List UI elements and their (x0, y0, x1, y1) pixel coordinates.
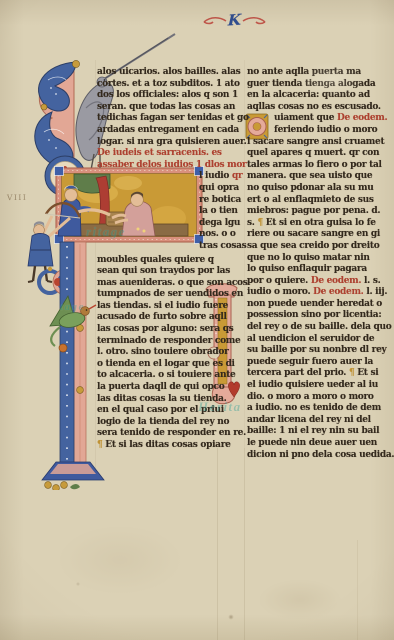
line-segments: re botica (199, 195, 241, 205)
text-segment: possession sino por licentia: (247, 310, 381, 320)
line-segments: non puede uender heredat o (247, 299, 382, 309)
manuscript-line: acusado de furto sobre aqll (97, 312, 243, 324)
watermark-fragment: Herita (198, 399, 242, 415)
line-segments: iudio o moro. De eodem. l. iij. (247, 287, 387, 297)
manuscript-line: tercera part del prio. ¶ Et si (247, 368, 390, 380)
line-segments: moubles quales quiere q (97, 255, 214, 265)
line-segments: le puede nin deue auer uen (247, 438, 377, 448)
line-segments: sean qui son traydos por las (97, 266, 230, 276)
text-segment: en la alcaceria: quanto ad (247, 90, 370, 100)
text-segment: Et si las ditas cosas opiare (105, 440, 230, 450)
text-segment: le puede nin deue auer uen (247, 438, 377, 448)
text-segment: logio de la tienda del rey no (97, 417, 229, 427)
text-segment: non puede uender heredat o (247, 299, 382, 309)
watermark-fragment: ritage (86, 224, 126, 240)
manuscript-line: del rey o de su baille. dela quo (247, 322, 390, 334)
line-segments: ert o al enflaqmieto de sus (247, 195, 374, 205)
line-segments: aqllas cosas no es escusado. (247, 102, 381, 112)
text-segment: qr (232, 171, 242, 181)
line-segments: cortes. et a toz subditos. 1 ato (97, 79, 240, 89)
line-segments: mas auenideras. o que son acos (97, 278, 248, 288)
text-segment: tercera part del prio. (247, 368, 349, 378)
text-segment: terminado de responder come (97, 336, 240, 346)
text-segment: al uendicion el seruidor de (247, 334, 374, 344)
line-segments: la puerta daqll de qui opco (97, 382, 224, 392)
manuscript-line: dicion ni pno dela cosa uedida. (247, 450, 390, 462)
left-bottom-block: moubles quales quiere q sean qui son tra… (97, 255, 243, 452)
manuscript-line: baille: 1 ni el rey nin su bail (247, 426, 390, 438)
manuscript-line: nos. o o (199, 229, 243, 241)
text-segment: a iudio. no es tenido de dem (247, 403, 381, 413)
text-segment: Et si en otra guisa lo fe (263, 218, 376, 228)
line-segments: que no lo quiso matar nin (247, 253, 370, 263)
text-segment: nos. o o (199, 229, 236, 239)
text-segment: sa que sea creido por dreito (247, 241, 379, 251)
text-segment: miebros: pague por pena. d. (247, 206, 380, 216)
manuscript-line: De iudeis et sarracenis. es (97, 148, 243, 160)
manuscript-line: quel apares q muert. qr con (247, 148, 390, 160)
text-segment: logar. si nra gra quisieren auer. (97, 137, 246, 147)
manuscript-line: ert o al enflaqmieto de sus (247, 195, 390, 207)
manuscript-line: qui opra (199, 183, 243, 195)
text-segment: moubles quales quiere q (97, 255, 214, 265)
line-segments: dega lgu (199, 218, 240, 228)
manuscript-line: al uendicion el seruidor de (247, 334, 390, 346)
text-segment: que no lo quiso matar nin (247, 253, 370, 263)
text-segment: dio. o moro a moro o moro (247, 392, 374, 402)
manuscript-line: moubles quales quiere q (97, 255, 243, 267)
manuscript-line: tras cosas (199, 241, 243, 253)
line-segments: acusado de furto sobre aqll (97, 312, 227, 322)
text-segment: andar licena del rey ni del (247, 415, 371, 425)
text-segment: s. (247, 218, 257, 228)
manuscript-line: non puede uender heredat o (247, 299, 390, 311)
pen-flourish-right-icon (242, 13, 266, 27)
text-segment: la o tien (199, 206, 238, 216)
line-segments: puede seguir fuero auer la (247, 357, 373, 367)
manuscript-line: possession sino por licentia: (247, 310, 390, 322)
manuscript-line: tedichas fagan ser tenidas et go (97, 113, 243, 125)
manuscript-line: manera. que sea uisto que (247, 171, 390, 183)
line-segments: sa que sea creido por dreito (247, 241, 379, 251)
text-segment: no quiso pdonar ala su mu (247, 183, 374, 193)
text-segment: assaber delos iudios 1 dlos mor (97, 160, 247, 170)
text-segment: l. iij. (366, 287, 387, 297)
line-segments: dos los officiales: alos q son 1 (97, 90, 238, 100)
line-segments: uiament que De eodem. (274, 113, 387, 123)
text-segment: manera. que sea uisto que (247, 171, 372, 181)
line-segments: las tiendas. si el iudio fuere (97, 301, 228, 311)
manuscript-line: miebros: pague por pena. d. (247, 206, 390, 218)
line-segments: a iudio. no es tenido de dem (247, 403, 381, 413)
manuscript-line: l iudio qr (199, 171, 243, 183)
text-segment: l. otro. sino touiere obrador (97, 347, 229, 357)
line-segments: tumpnados de ser uendidos en (97, 289, 243, 299)
text-segment: aqllas cosas no es escusado. (247, 102, 381, 112)
text-segment: la puerta daqll de qui opco (97, 382, 224, 392)
line-segments: el iudio quisiere ueder al iu (247, 380, 378, 390)
line-segments: logar. si nra gra quisieren auer. (97, 137, 246, 147)
manuscript-line: iudio o moro. De eodem. l. iij. (247, 287, 390, 299)
line-segments: terminado de responder come (97, 336, 240, 346)
text-segment: puede seguir fuero auer la (247, 357, 373, 367)
line-segments: manera. que sea uisto que (247, 171, 372, 181)
text-segment: las cosas por alguno: sera qs (97, 324, 233, 334)
line-segments: miebros: pague por pena. d. (247, 206, 380, 216)
line-segments: al uendicion el seruidor de (247, 334, 374, 344)
manuscript-line: mas auenideras. o que son acos (97, 278, 243, 290)
manuscript-line: sa que sea creido por dreito (247, 241, 390, 253)
text-segment: por o quiere. (247, 276, 311, 286)
line-segments: feriendo iudio o moro (274, 125, 377, 135)
line-segments: la o tien (199, 206, 238, 216)
line-segments: possession sino por licentia: (247, 310, 381, 320)
text-segment: ert o al enflaqmieto de sus (247, 195, 374, 205)
descender-bar (42, 242, 104, 490)
manuscript-page: K VIII (0, 0, 394, 640)
left-text-column: alos uicarios. alos bailles. alas cortes… (97, 67, 243, 452)
line-segments: s. ¶ Et si en otra guisa lo fe (247, 218, 376, 228)
line-segments: dicion ni pno dela cosa uedida. (247, 450, 394, 460)
text-segment: l iudio (199, 171, 232, 181)
manuscript-line: la puerta daqll de qui opco (97, 382, 243, 394)
manuscript-line: tales armas lo fiero o por tal (247, 160, 390, 172)
manuscript-line: dega lgu (199, 218, 243, 230)
text-segment: De iudeis et sarracenis. es (97, 148, 222, 158)
manuscript-line: sean qui son traydos por las (97, 266, 243, 278)
text-segment: cortes. et a toz subditos. 1 ato (97, 79, 240, 89)
line-segments: logio de la tienda del rey no (97, 417, 229, 427)
line-segments: alos uicarios. alos bailles. alas (97, 67, 240, 77)
text-segment: las tiendas. si el iudio fuere (97, 301, 228, 311)
manuscript-line: no ante aqlla puerta ma (247, 67, 390, 79)
text-segment: dicion ni pno dela cosa uedida. (247, 450, 394, 460)
manuscript-line: riere ou sacare sangre en gi (247, 229, 390, 241)
manuscript-line: s. ¶ Et si en otra guisa lo fe (247, 218, 390, 230)
manuscript-line: logio de la tienda del rey no (97, 417, 243, 429)
letter-bowl (35, 60, 80, 172)
text-segment: del rey o de su baille. dela quo (247, 322, 391, 332)
line-segments: baille: 1 ni el rey nin su bail (247, 426, 379, 436)
line-segments: l. otro. sino touiere obrador (97, 347, 229, 357)
manuscript-line: puede seguir fuero auer la (247, 357, 390, 369)
line-segments: su baille por su nonbre dl rey (247, 345, 386, 355)
line-segments: dio. o moro a moro o moro (247, 392, 374, 402)
line-segments: l sacare sangre ansi cruamet (247, 137, 384, 147)
text-segment: mas auenideras. o que son acos (97, 278, 248, 288)
line-segments: no quiso pdonar ala su mu (247, 183, 374, 193)
manuscript-line: le puede nin deue auer uen (247, 438, 390, 450)
text-segment: el iudio quisiere ueder al iu (247, 380, 378, 390)
line-segments: De iudeis et sarracenis. es (97, 148, 222, 158)
line-segments: ¶ Et si las ditas cosas opiare (97, 440, 231, 450)
line-segments: andar licena del rey ni del (247, 415, 371, 425)
line-segments: no ante aqlla puerta ma (247, 67, 361, 77)
manuscript-line: ardadas entregament en cada (97, 125, 243, 137)
manuscript-line: o tienda en el logar que es di (97, 359, 243, 371)
text-segment: iudio o moro. (247, 287, 313, 297)
manuscript-line: dio. o moro a moro o moro (247, 392, 390, 404)
text-segment: no ante aqlla puerta ma (247, 67, 361, 77)
line-segments: tras cosas (199, 241, 246, 251)
line-segments: las cosas por alguno: sera qs (97, 324, 233, 334)
manuscript-line: que no lo quiso matar nin (247, 253, 390, 265)
text-segment: Et si (354, 368, 378, 378)
right-text-column: no ante aqlla puerta ma guer tienda tien… (247, 67, 390, 461)
manuscript-line: a iudio. no es tenido de dem (247, 403, 390, 415)
manuscript-line: dos los officiales: alos q son 1 (97, 90, 243, 102)
line-segments: ardadas entregament en cada (97, 125, 239, 135)
line-segments: en la alcaceria: quanto ad (247, 90, 370, 100)
text-segment: sera tenido de responder en re. (97, 428, 246, 438)
manuscript-line: las tiendas. si el iudio fuere (97, 301, 243, 313)
text-segment: su baille por su nonbre dl rey (247, 345, 386, 355)
manuscript-line: logar. si nra gra quisieren auer. (97, 137, 243, 149)
manuscript-line: feriendo iudio o moro (247, 125, 390, 137)
line-segments: to alcaceria. o si touiere ante (97, 370, 235, 380)
left-top-block: alos uicarios. alos bailles. alas cortes… (97, 67, 243, 171)
folio-letter: K (228, 11, 242, 30)
text-segment: l sacare sangre ansi cruamet (247, 137, 384, 147)
manuscript-line: aqllas cosas no es escusado. (247, 102, 390, 114)
line-segments: lo quiso enflaquir pagara (247, 264, 367, 274)
manuscript-line: alos uicarios. alos bailles. alas (97, 67, 243, 79)
line-segments: tercera part del prio. ¶ Et si (247, 368, 378, 378)
text-segment: to alcaceria. o si touiere ante (97, 370, 235, 380)
manuscript-line: seran. que todas las cosas an (97, 102, 243, 114)
manuscript-line: por o quiere. De eodem. l. s. (247, 276, 390, 288)
text-segment: quel apares q muert. qr con (247, 148, 379, 158)
manuscript-line: assaber delos iudios 1 dlos mor (97, 160, 243, 172)
text-segment: uiament que (274, 113, 337, 123)
pen-flourish-left-icon (203, 13, 227, 27)
manuscript-line: sera tenido de responder en re. (97, 428, 243, 440)
manuscript-line: terminado de responder come (97, 336, 243, 348)
manuscript-line: andar licena del rey ni del (247, 415, 390, 427)
manuscript-line: re botica (199, 195, 243, 207)
manuscript-line: cortes. et a toz subditos. 1 ato (97, 79, 243, 91)
manuscript-line: las cosas por alguno: sera qs (97, 324, 243, 336)
line-segments: quel apares q muert. qr con (247, 148, 379, 158)
text-segment: tedichas fagan ser tenidas et go (97, 113, 249, 123)
manuscript-line: to alcaceria. o si touiere ante (97, 370, 243, 382)
text-segment: ardadas entregament en cada (97, 125, 239, 135)
line-segments: del rey o de su baille. dela quo (247, 322, 391, 332)
line-segments: nos. o o (199, 229, 236, 239)
manuscript-line: no quiso pdonar ala su mu (247, 183, 390, 195)
line-segments: seran. que todas las cosas an (97, 102, 235, 112)
folio-mark: K (203, 11, 266, 29)
text-segment: dos los officiales: alos q son 1 (97, 90, 238, 100)
line-segments: riere ou sacare sangre en gi (247, 229, 380, 239)
manuscript-line: la o tien (199, 206, 243, 218)
left-beside-miniature-block: l iudio qr qui opra re botica la o tien (199, 171, 243, 252)
text-segment: o tienda en el logar que es di (97, 359, 235, 369)
line-segments: por o quiere. De eodem. l. s. (247, 276, 380, 286)
crease-line (357, 540, 358, 640)
text-segment: l. s. (364, 276, 380, 286)
text-segment: qui opra (199, 183, 239, 193)
text-segment: feriendo iudio o moro (274, 125, 377, 135)
text-segment: tumpnados de ser uendidos en (97, 289, 243, 299)
line-segments: guer tienda tienga alogada (247, 79, 375, 89)
manuscript-line: l. otro. sino touiere obrador (97, 347, 243, 359)
manuscript-line: tumpnados de ser uendidos en (97, 289, 243, 301)
line-segments: o tienda en el logar que es di (97, 359, 235, 369)
watermark-fragment: tage (60, 301, 85, 313)
text-segment: dega lgu (199, 218, 240, 228)
line-segments: sera tenido de responder en re. (97, 428, 246, 438)
text-segment: De eodem. (337, 113, 387, 123)
text-segment: alos uicarios. alos bailles. alas (97, 67, 240, 77)
manuscript-line: su baille por su nonbre dl rey (247, 345, 390, 357)
manuscript-line: en la alcaceria: quanto ad (247, 90, 390, 102)
manuscript-line: ¶ Et si las ditas cosas opiare (97, 440, 243, 452)
text-segment: acusado de furto sobre aqll (97, 312, 227, 322)
line-segments: qui opra (199, 183, 239, 193)
text-segment: guer tienda tienga alogada (247, 79, 375, 89)
text-segment: tales armas lo fiero o por tal (247, 160, 382, 170)
margin-note: VIII (7, 193, 27, 202)
text-segment: re botica (199, 195, 241, 205)
manuscript-line: lo quiso enflaquir pagara (247, 264, 390, 276)
manuscript-line: uiament que De eodem. (247, 113, 390, 125)
text-segment: De eodem. (313, 287, 366, 297)
text-segment: sean qui son traydos por las (97, 266, 230, 276)
line-segments: tedichas fagan ser tenidas et go (97, 113, 249, 123)
manuscript-line: l sacare sangre ansi cruamet (247, 137, 390, 149)
text-segment: seran. que todas las cosas an (97, 102, 235, 112)
line-segments: l iudio qr (199, 171, 242, 181)
text-segment: tras cosas (199, 241, 246, 251)
line-segments: assaber delos iudios 1 dlos mor (97, 160, 247, 170)
manuscript-line: el iudio quisiere ueder al iu (247, 380, 390, 392)
text-segment: lo quiso enflaquir pagara (247, 264, 367, 274)
text-segment: riere ou sacare sangre en gi (247, 229, 380, 239)
line-segments: tales armas lo fiero o por tal (247, 160, 382, 170)
text-segment: De eodem. (311, 276, 364, 286)
text-segment: baille: 1 ni el rey nin su bail (247, 426, 379, 436)
manuscript-line: guer tienda tienga alogada (247, 79, 390, 91)
